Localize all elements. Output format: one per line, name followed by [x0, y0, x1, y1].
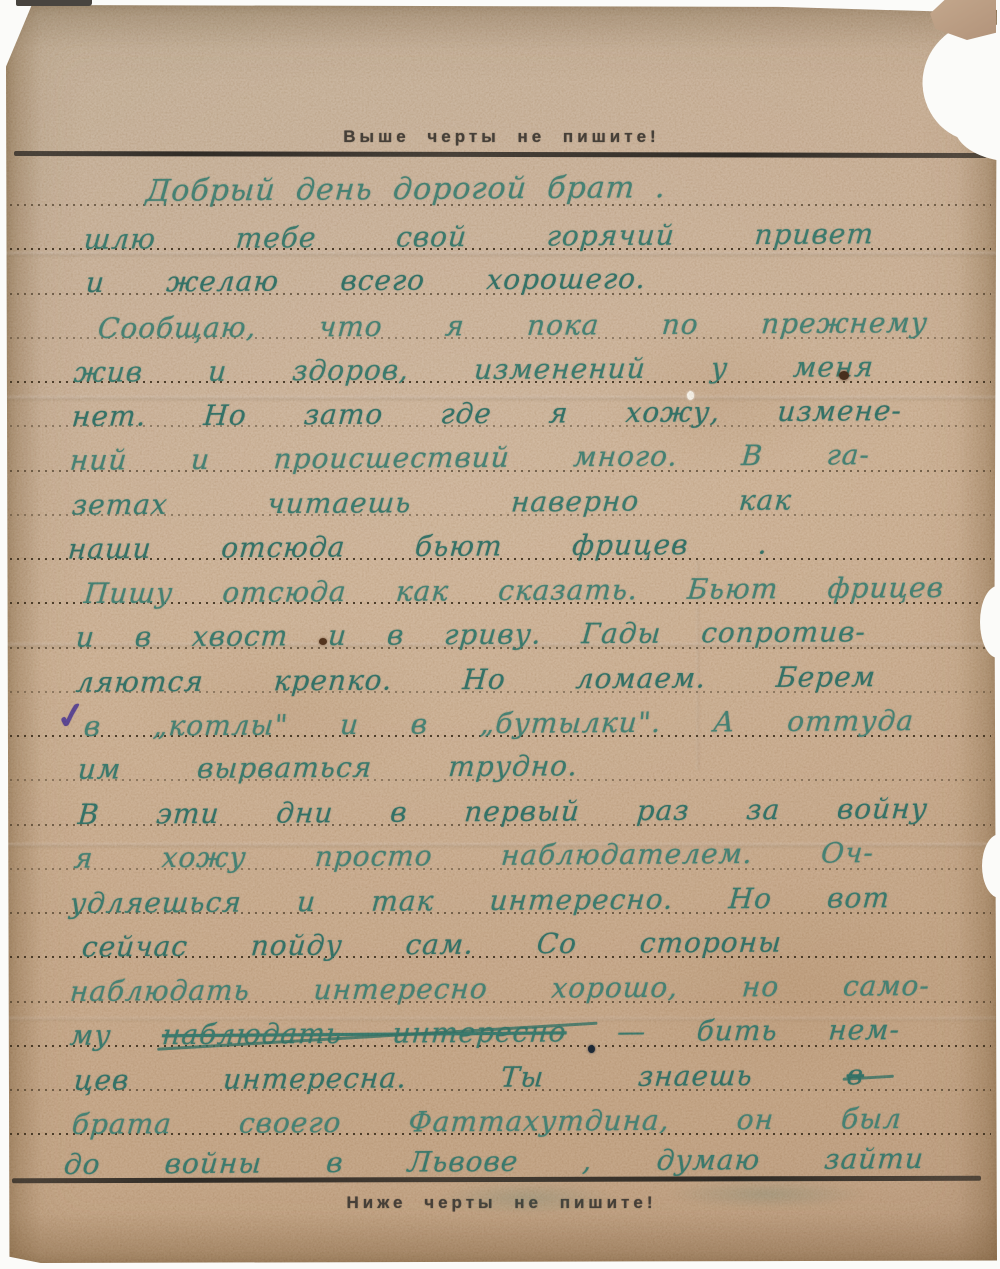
handwriting-text: цев интересна. Ты знаешь	[73, 1058, 848, 1096]
scan-edge-sliver	[16, 0, 92, 6]
ink-blot	[319, 638, 327, 645]
handwriting-line: нет. Но зато где я хожу, измене-	[71, 394, 904, 434]
handwriting-text: — бить нем-	[565, 1013, 901, 1048]
ink-blot	[588, 1045, 595, 1053]
letter-paper: Выше черты не пишите! Ниже черты не пиши…	[6, 5, 997, 1263]
handwriting-line: цев интересна. Ты знаешь в	[73, 1058, 866, 1098]
margin-checkmark: ✓	[53, 693, 89, 739]
handwriting-struck-text: в	[845, 1058, 865, 1091]
ink-bleed-smudge	[436, 1181, 616, 1215]
handwriting-line: Пишу отсюда как сказать. Бьют фрицев	[83, 571, 946, 611]
handwriting-line: му наблюдать интересно — бить нем-	[69, 1013, 902, 1053]
handwriting-line: наши отсюда бьют фрицев .	[67, 528, 770, 567]
handwriting-line: удляешься и так интересно. Но вот	[69, 881, 892, 921]
handwriting-text: му	[69, 1018, 164, 1052]
handwriting-line: Сообщаю, что я пока по прежнему	[97, 306, 930, 346]
handwriting-struck-text: наблюдать интересно	[161, 1015, 568, 1051]
handwriting-line: и желаю всего хорошего.	[85, 262, 648, 300]
handwriting-line: им вырваться трудно.	[77, 749, 580, 787]
handwriting-line: я хожу просто наблюдателем. Оч-	[73, 836, 876, 876]
top-rule	[14, 151, 987, 158]
handwriting-line: сейчас пойду сам. Со стороны	[81, 926, 784, 965]
paper-hole	[687, 391, 694, 400]
handwriting-line: до войны в Львове , думаю зайти	[63, 1142, 926, 1182]
handwriting-line: шлю тебе свой горячий привет	[83, 217, 876, 257]
scanned-letter: Выше черты не пишите! Ниже черты не пиши…	[0, 0, 1000, 1269]
handwriting-line: ний и происшествий много. В га-	[69, 438, 872, 478]
handwriting-line: зетах читаешь наверно как	[71, 483, 794, 522]
handwriting-line: ляются крепко. Но ломаем. Берем	[75, 660, 878, 700]
handwriting-line: наблюдать интересно хорошо, но само-	[69, 969, 932, 1009]
handwriting-line: Добрый день дорогой брат .	[145, 171, 668, 209]
handwriting-line: брата своего Фаттахутдина, он был	[71, 1102, 904, 1142]
ink-bleed-smudge	[666, 1179, 866, 1209]
handwriting-line: и в хвост и в гриву. Гады сопротив-	[75, 615, 868, 655]
handwriting-line: В эти дни в первый раз за войну	[77, 792, 930, 832]
header-warning-text: Выше черты не пишите!	[6, 127, 997, 147]
ink-blot	[839, 371, 849, 380]
handwriting-line: жив и здоров, изменений у меня	[73, 350, 876, 390]
handwriting-line: в „котлы" и в „бутылки". А оттуда	[83, 704, 916, 744]
